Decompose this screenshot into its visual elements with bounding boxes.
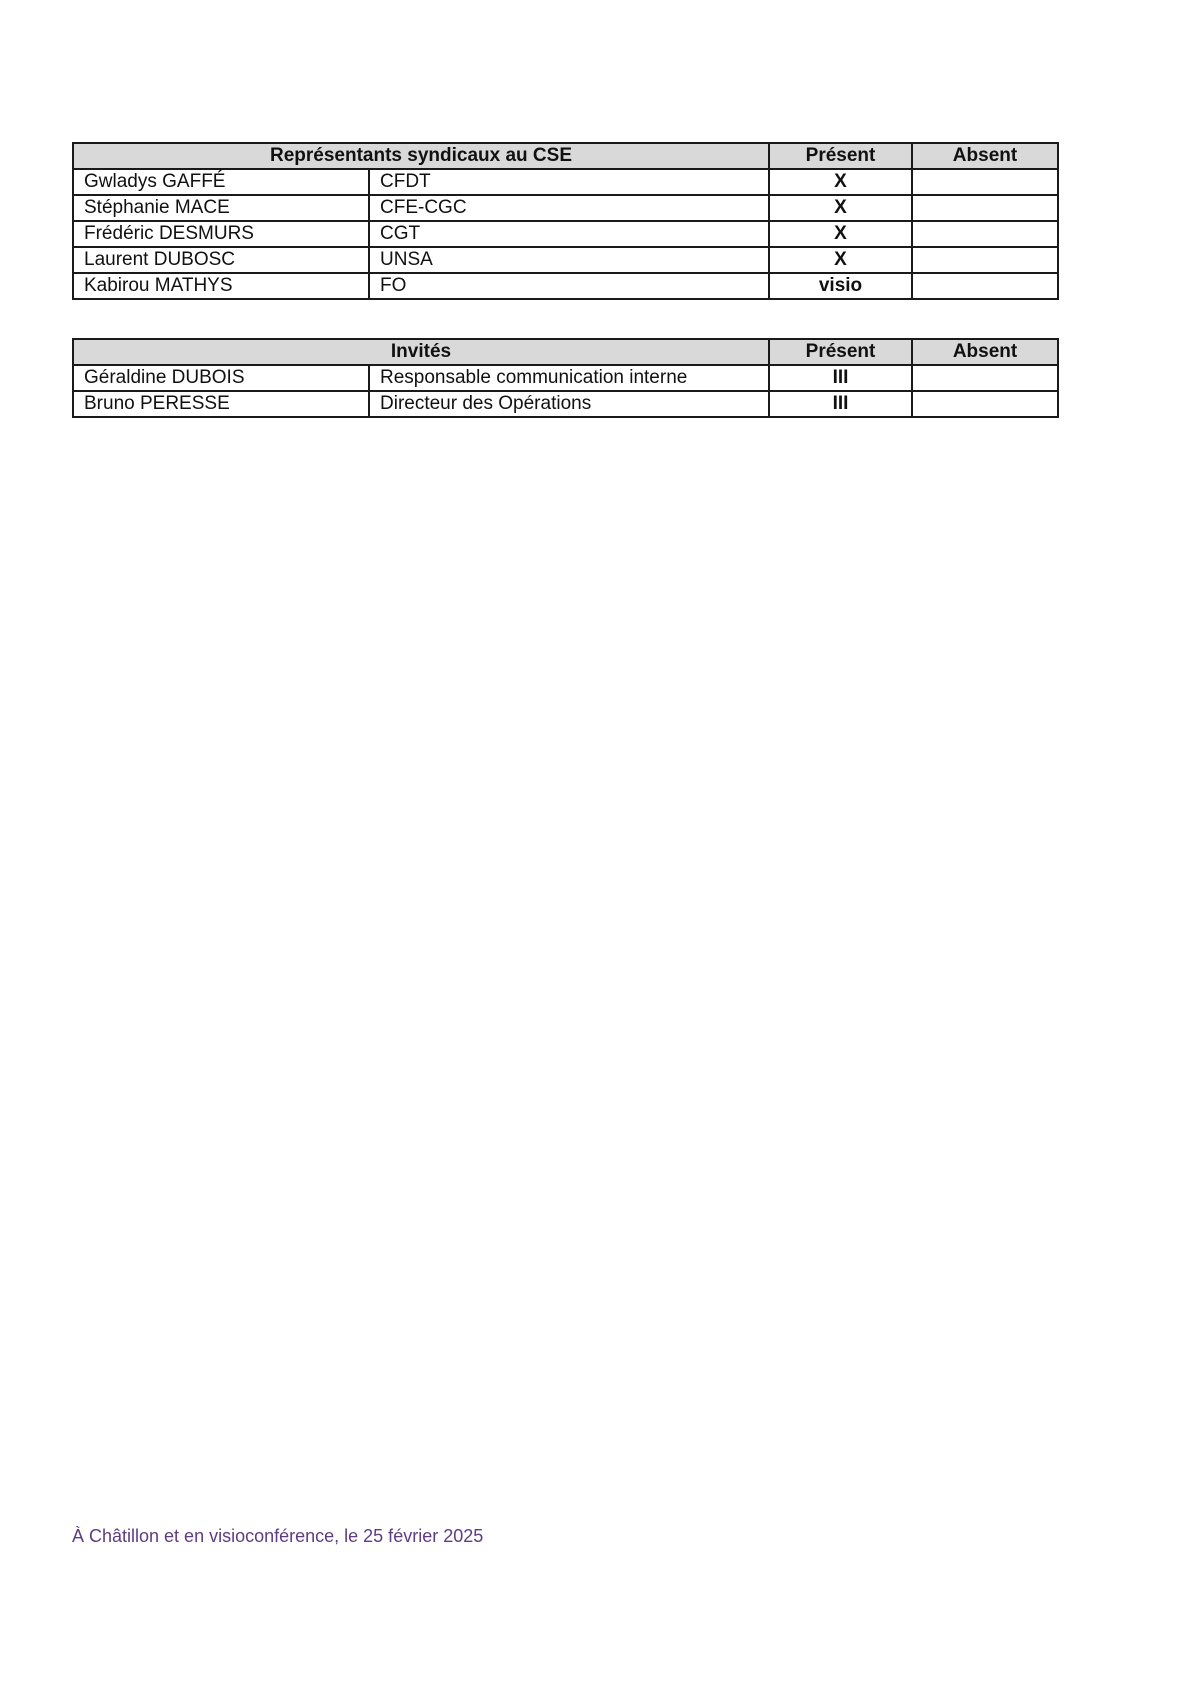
member-name: Frédéric DESMURS bbox=[73, 221, 369, 247]
guest-name: Géraldine DUBOIS bbox=[73, 365, 369, 391]
absent-mark bbox=[912, 273, 1058, 299]
absent-mark bbox=[912, 247, 1058, 273]
present-mark: visio bbox=[769, 273, 912, 299]
guests-table: Invités Présent Absent Géraldine DUBOIS … bbox=[72, 338, 1059, 418]
guest-role: Responsable communication interne bbox=[369, 365, 769, 391]
present-header: Présent bbox=[769, 143, 912, 169]
present-header: Présent bbox=[769, 339, 912, 365]
member-name: Gwladys GAFFÉ bbox=[73, 169, 369, 195]
table-row: Frédéric DESMURS CGT X bbox=[73, 221, 1058, 247]
member-name: Laurent DUBOSC bbox=[73, 247, 369, 273]
absent-mark bbox=[912, 169, 1058, 195]
absent-mark bbox=[912, 195, 1058, 221]
member-union: CFDT bbox=[369, 169, 769, 195]
member-name: Stéphanie MACE bbox=[73, 195, 369, 221]
table-row: Laurent DUBOSC UNSA X bbox=[73, 247, 1058, 273]
place-and-date: À Châtillon et en visioconférence, le 25… bbox=[72, 1526, 483, 1547]
member-union: CGT bbox=[369, 221, 769, 247]
absent-header: Absent bbox=[912, 143, 1058, 169]
present-mark: III bbox=[769, 365, 912, 391]
table-row: Bruno PERESSE Directeur des Opérations I… bbox=[73, 391, 1058, 417]
table-row: Kabirou MATHYS FO visio bbox=[73, 273, 1058, 299]
guest-role: Directeur des Opérations bbox=[369, 391, 769, 417]
absent-header: Absent bbox=[912, 339, 1058, 365]
table-title: Invités bbox=[73, 339, 769, 365]
table-header-row: Représentants syndicaux au CSE Présent A… bbox=[73, 143, 1058, 169]
member-union: FO bbox=[369, 273, 769, 299]
table-title: Représentants syndicaux au CSE bbox=[73, 143, 769, 169]
absent-mark bbox=[912, 221, 1058, 247]
present-mark: X bbox=[769, 247, 912, 273]
absent-mark bbox=[912, 365, 1058, 391]
member-union: CFE-CGC bbox=[369, 195, 769, 221]
representatives-table: Représentants syndicaux au CSE Présent A… bbox=[72, 142, 1059, 300]
guest-name: Bruno PERESSE bbox=[73, 391, 369, 417]
table-header-row: Invités Présent Absent bbox=[73, 339, 1058, 365]
present-mark: X bbox=[769, 169, 912, 195]
table-row: Stéphanie MACE CFE-CGC X bbox=[73, 195, 1058, 221]
present-mark: III bbox=[769, 391, 912, 417]
member-union: UNSA bbox=[369, 247, 769, 273]
member-name: Kabirou MATHYS bbox=[73, 273, 369, 299]
table-row: Géraldine DUBOIS Responsable communicati… bbox=[73, 365, 1058, 391]
present-mark: X bbox=[769, 195, 912, 221]
table-row: Gwladys GAFFÉ CFDT X bbox=[73, 169, 1058, 195]
present-mark: X bbox=[769, 221, 912, 247]
absent-mark bbox=[912, 391, 1058, 417]
